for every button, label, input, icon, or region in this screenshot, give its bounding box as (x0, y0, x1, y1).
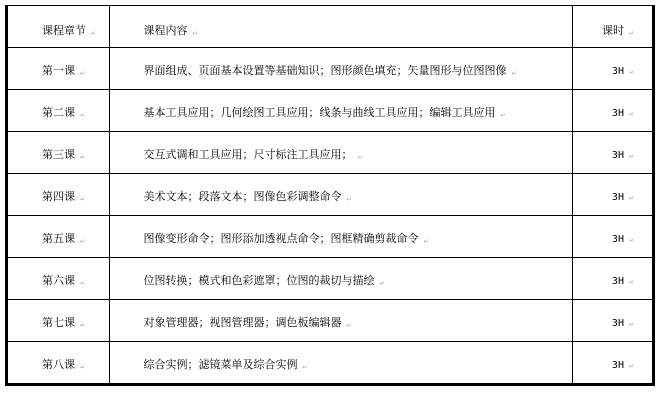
table-row: 第二课↵ 基本工具应用；几何绘图工具应用；线条与曲线工具应用；编辑工具应用↵ 3… (8, 89, 652, 131)
paragraph-mark-icon: ↵ (629, 279, 634, 286)
chapter-cell: 第二课↵ (8, 89, 109, 131)
course-schedule-table: 课程章节↵ 课程内容↵ 课时↵ 第一课↵ 界面组成、页面基本设置等基础知识；图形… (5, 5, 655, 386)
paragraph-mark-icon: ↵ (629, 30, 634, 37)
paragraph-mark-icon: ↵ (629, 363, 634, 370)
paragraph-mark-icon: ↵ (358, 154, 363, 161)
chapter-cell: 第四课↵ (8, 173, 109, 215)
hours-cell: 3H↵ (572, 131, 652, 173)
paragraph-mark-icon: ↵ (629, 69, 634, 76)
content-cell: 对象管理器；视图管理器；调色板编辑器↵ (109, 299, 572, 341)
chapter-cell: 第八课↵ (8, 341, 109, 383)
paragraph-mark-icon: ↵ (80, 322, 85, 329)
header-hours: 课时↵ (572, 6, 652, 47)
hours-cell: 3H↵ (572, 89, 652, 131)
content-cell: 位图转换；模式和色彩遮罩；位图的裁切与描绘↵ (109, 257, 572, 299)
paragraph-mark-icon: ↵ (80, 238, 85, 245)
content-cell: 图像变形命令；图形添加透视点命令；图框精确剪裁命令↵ (109, 215, 572, 257)
paragraph-mark-icon: ↵ (80, 364, 85, 371)
table-row: 第三课↵ 交互式调和工具应用；尺寸标注工具应用；↵ 3H↵ (8, 131, 652, 173)
table-row: 第八课↵ 综合实例；滤镜菜单及综合实例↵ 3H↵ (8, 341, 652, 383)
content-cell: 美术文本；段落文本；图像色彩调整命令↵ (109, 173, 572, 215)
paragraph-mark-icon: ↵ (380, 280, 385, 287)
paragraph-mark-icon: ↵ (80, 196, 85, 203)
header-chapter: 课程章节↵ (8, 6, 109, 47)
chapter-cell: 第三课↵ (8, 131, 109, 173)
content-cell: 交互式调和工具应用；尺寸标注工具应用；↵ (109, 131, 572, 173)
content-cell: 综合实例；滤镜菜单及综合实例↵ (109, 341, 572, 383)
hours-cell: 3H↵ (572, 341, 652, 383)
content-cell: 界面组成、页面基本设置等基础知识；图形颜色填充；矢量图形与位图图像↵ (109, 47, 572, 89)
table-row: 第四课↵ 美术文本；段落文本；图像色彩调整命令↵ 3H↵ (8, 173, 652, 215)
hours-cell: 3H↵ (572, 257, 652, 299)
paragraph-mark-icon: ↵ (80, 112, 85, 119)
paragraph-mark-icon: ↵ (91, 30, 96, 37)
paragraph-mark-icon: ↵ (629, 321, 634, 328)
paragraph-mark-icon: ↵ (347, 196, 352, 203)
hours-cell: 3H↵ (572, 47, 652, 89)
chapter-cell: 第一课↵ (8, 47, 109, 89)
header-content: 课程内容↵ (109, 6, 572, 47)
paragraph-mark-icon: ↵ (629, 153, 634, 160)
table-row: 第五课↵ 图像变形命令；图形添加透视点命令；图框精确剪裁命令↵ 3H↵ (8, 215, 652, 257)
paragraph-mark-icon: ↵ (512, 70, 517, 77)
paragraph-mark-icon: ↵ (80, 280, 85, 287)
hours-cell: 3H↵ (572, 173, 652, 215)
chapter-cell: 第五课↵ (8, 215, 109, 257)
paragraph-mark-icon: ↵ (347, 322, 352, 329)
paragraph-mark-icon: ↵ (303, 364, 308, 371)
paragraph-mark-icon: ↵ (80, 154, 85, 161)
table-row: 第六课↵ 位图转换；模式和色彩遮罩；位图的裁切与描绘↵ 3H↵ (8, 257, 652, 299)
paragraph-mark-icon: ↵ (501, 112, 506, 119)
content-cell: 基本工具应用；几何绘图工具应用；线条与曲线工具应用；编辑工具应用↵ (109, 89, 572, 131)
course-table: 课程章节↵ 课程内容↵ 课时↵ 第一课↵ 界面组成、页面基本设置等基础知识；图形… (8, 6, 652, 383)
hours-cell: 3H↵ (572, 215, 652, 257)
hours-cell: 3H↵ (572, 299, 652, 341)
paragraph-mark-icon: ↵ (424, 238, 429, 245)
paragraph-mark-icon: ↵ (629, 195, 634, 202)
chapter-cell: 第六课↵ (8, 257, 109, 299)
table-row: 第一课↵ 界面组成、页面基本设置等基础知识；图形颜色填充；矢量图形与位图图像↵ … (8, 47, 652, 89)
paragraph-mark-icon: ↵ (629, 237, 634, 244)
chapter-cell: 第七课↵ (8, 299, 109, 341)
paragraph-mark-icon: ↵ (193, 30, 198, 37)
paragraph-mark-icon: ↵ (80, 70, 85, 77)
paragraph-mark-icon: ↵ (629, 111, 634, 118)
header-row: 课程章节↵ 课程内容↵ 课时↵ (8, 6, 652, 47)
table-row: 第七课↵ 对象管理器；视图管理器；调色板编辑器↵ 3H↵ (8, 299, 652, 341)
